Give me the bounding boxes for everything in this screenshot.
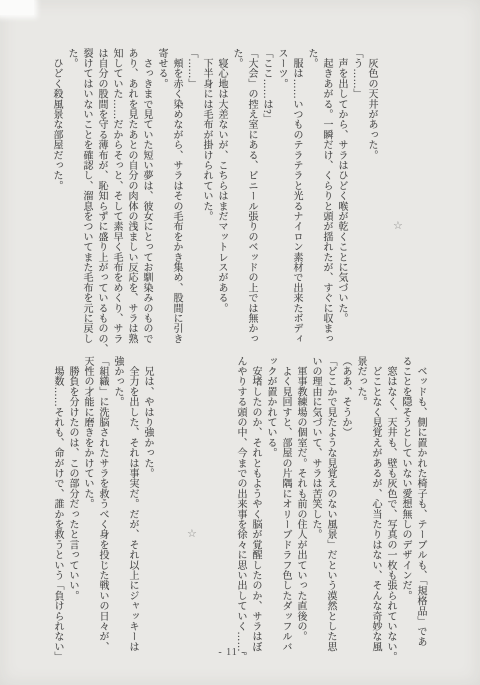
top-text-block: 灰色の天井があった。 「う……」 声を出してから、サラはひどく喉が乾くことに気づ… [49, 48, 379, 356]
bottom-text-block-right: ベッドも、側に置かれた椅子も、テーブルも、「規格品」であ ることを隠そうとしてい… [233, 356, 428, 664]
scene-break-star-icon: ☆ [393, 221, 403, 232]
bottom-text-block-left: 兄は、やはり強かった。 全力を出した、それは事実だ。だが、それ以上にジャッキーは… [50, 356, 155, 664]
novel-page: ☆ 灰色の天井があった。 「う……」 声を出してから、サラはひどく喉が乾くことに… [0, 0, 480, 685]
scene-break-star-icon: ☆ [187, 529, 197, 540]
page-number: - 11 - [0, 647, 464, 658]
scan-artifact-patch [0, 0, 34, 15]
